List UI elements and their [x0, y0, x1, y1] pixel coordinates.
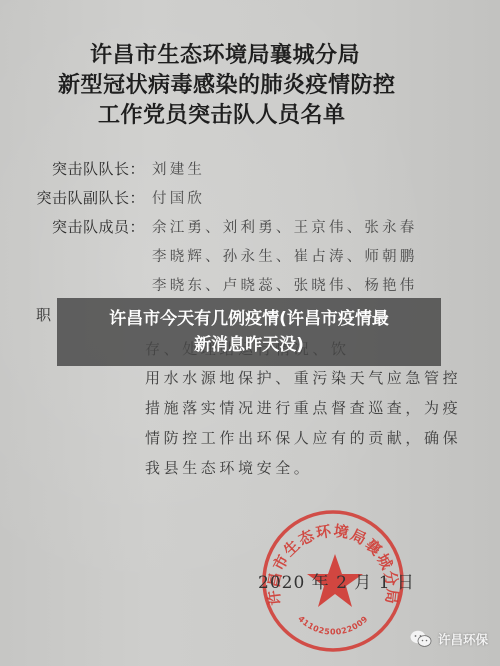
wechat-icon	[410, 630, 432, 648]
leader-value: 刘建生	[152, 158, 205, 179]
deputy-value: 付国欣	[152, 187, 205, 208]
leader-label: 突击队队长：	[25, 158, 145, 179]
members-line-3: 李晓东、卢晓蕊、张晓伟、杨艳伟	[152, 274, 418, 295]
document-date: 2020 年 2 月 1 日	[258, 568, 415, 593]
body-line-4: 情防控工作出环保人应有的贡献，确保	[145, 427, 461, 448]
body-line-2: 用水水源地保护、重污染天气应急管控	[145, 367, 461, 388]
seal-code: 4110250022009	[296, 614, 370, 636]
document-title-line-1: 许昌市生态环境局襄城分局	[90, 38, 360, 69]
document-title-line-2: 新型冠状病毒感染的肺炎疫情防控	[58, 68, 396, 99]
members-line-2: 李晓辉、孙永生、崔占涛、师朝鹏	[152, 245, 418, 266]
headline-line-2: 新消息昨天没)	[194, 332, 304, 358]
members-label: 突击队成员：	[25, 216, 145, 237]
headline-overlay: 许昌市今天有几例疫情(许昌市疫情最 新消息昨天没)	[57, 298, 441, 366]
svg-text:4110250022009: 4110250022009	[296, 614, 370, 636]
document-title-line-3: 工作党员突击队人员名单	[98, 98, 346, 129]
source-watermark: 许昌环保	[410, 630, 488, 648]
headline-line-1: 许昌市今天有几例疫情(许昌市疫情最	[109, 306, 389, 332]
deputy-label: 突击队副队长：	[5, 187, 145, 208]
watermark-label: 许昌环保	[438, 630, 488, 648]
duties-label-char: 职	[36, 304, 51, 325]
body-line-5: 我县生态环境安全。	[145, 457, 312, 478]
body-line-3: 措施落实情况进行重点督查巡查，为疫	[145, 397, 461, 418]
members-line-1: 余江勇、刘利勇、王京伟、张永春	[152, 216, 418, 237]
